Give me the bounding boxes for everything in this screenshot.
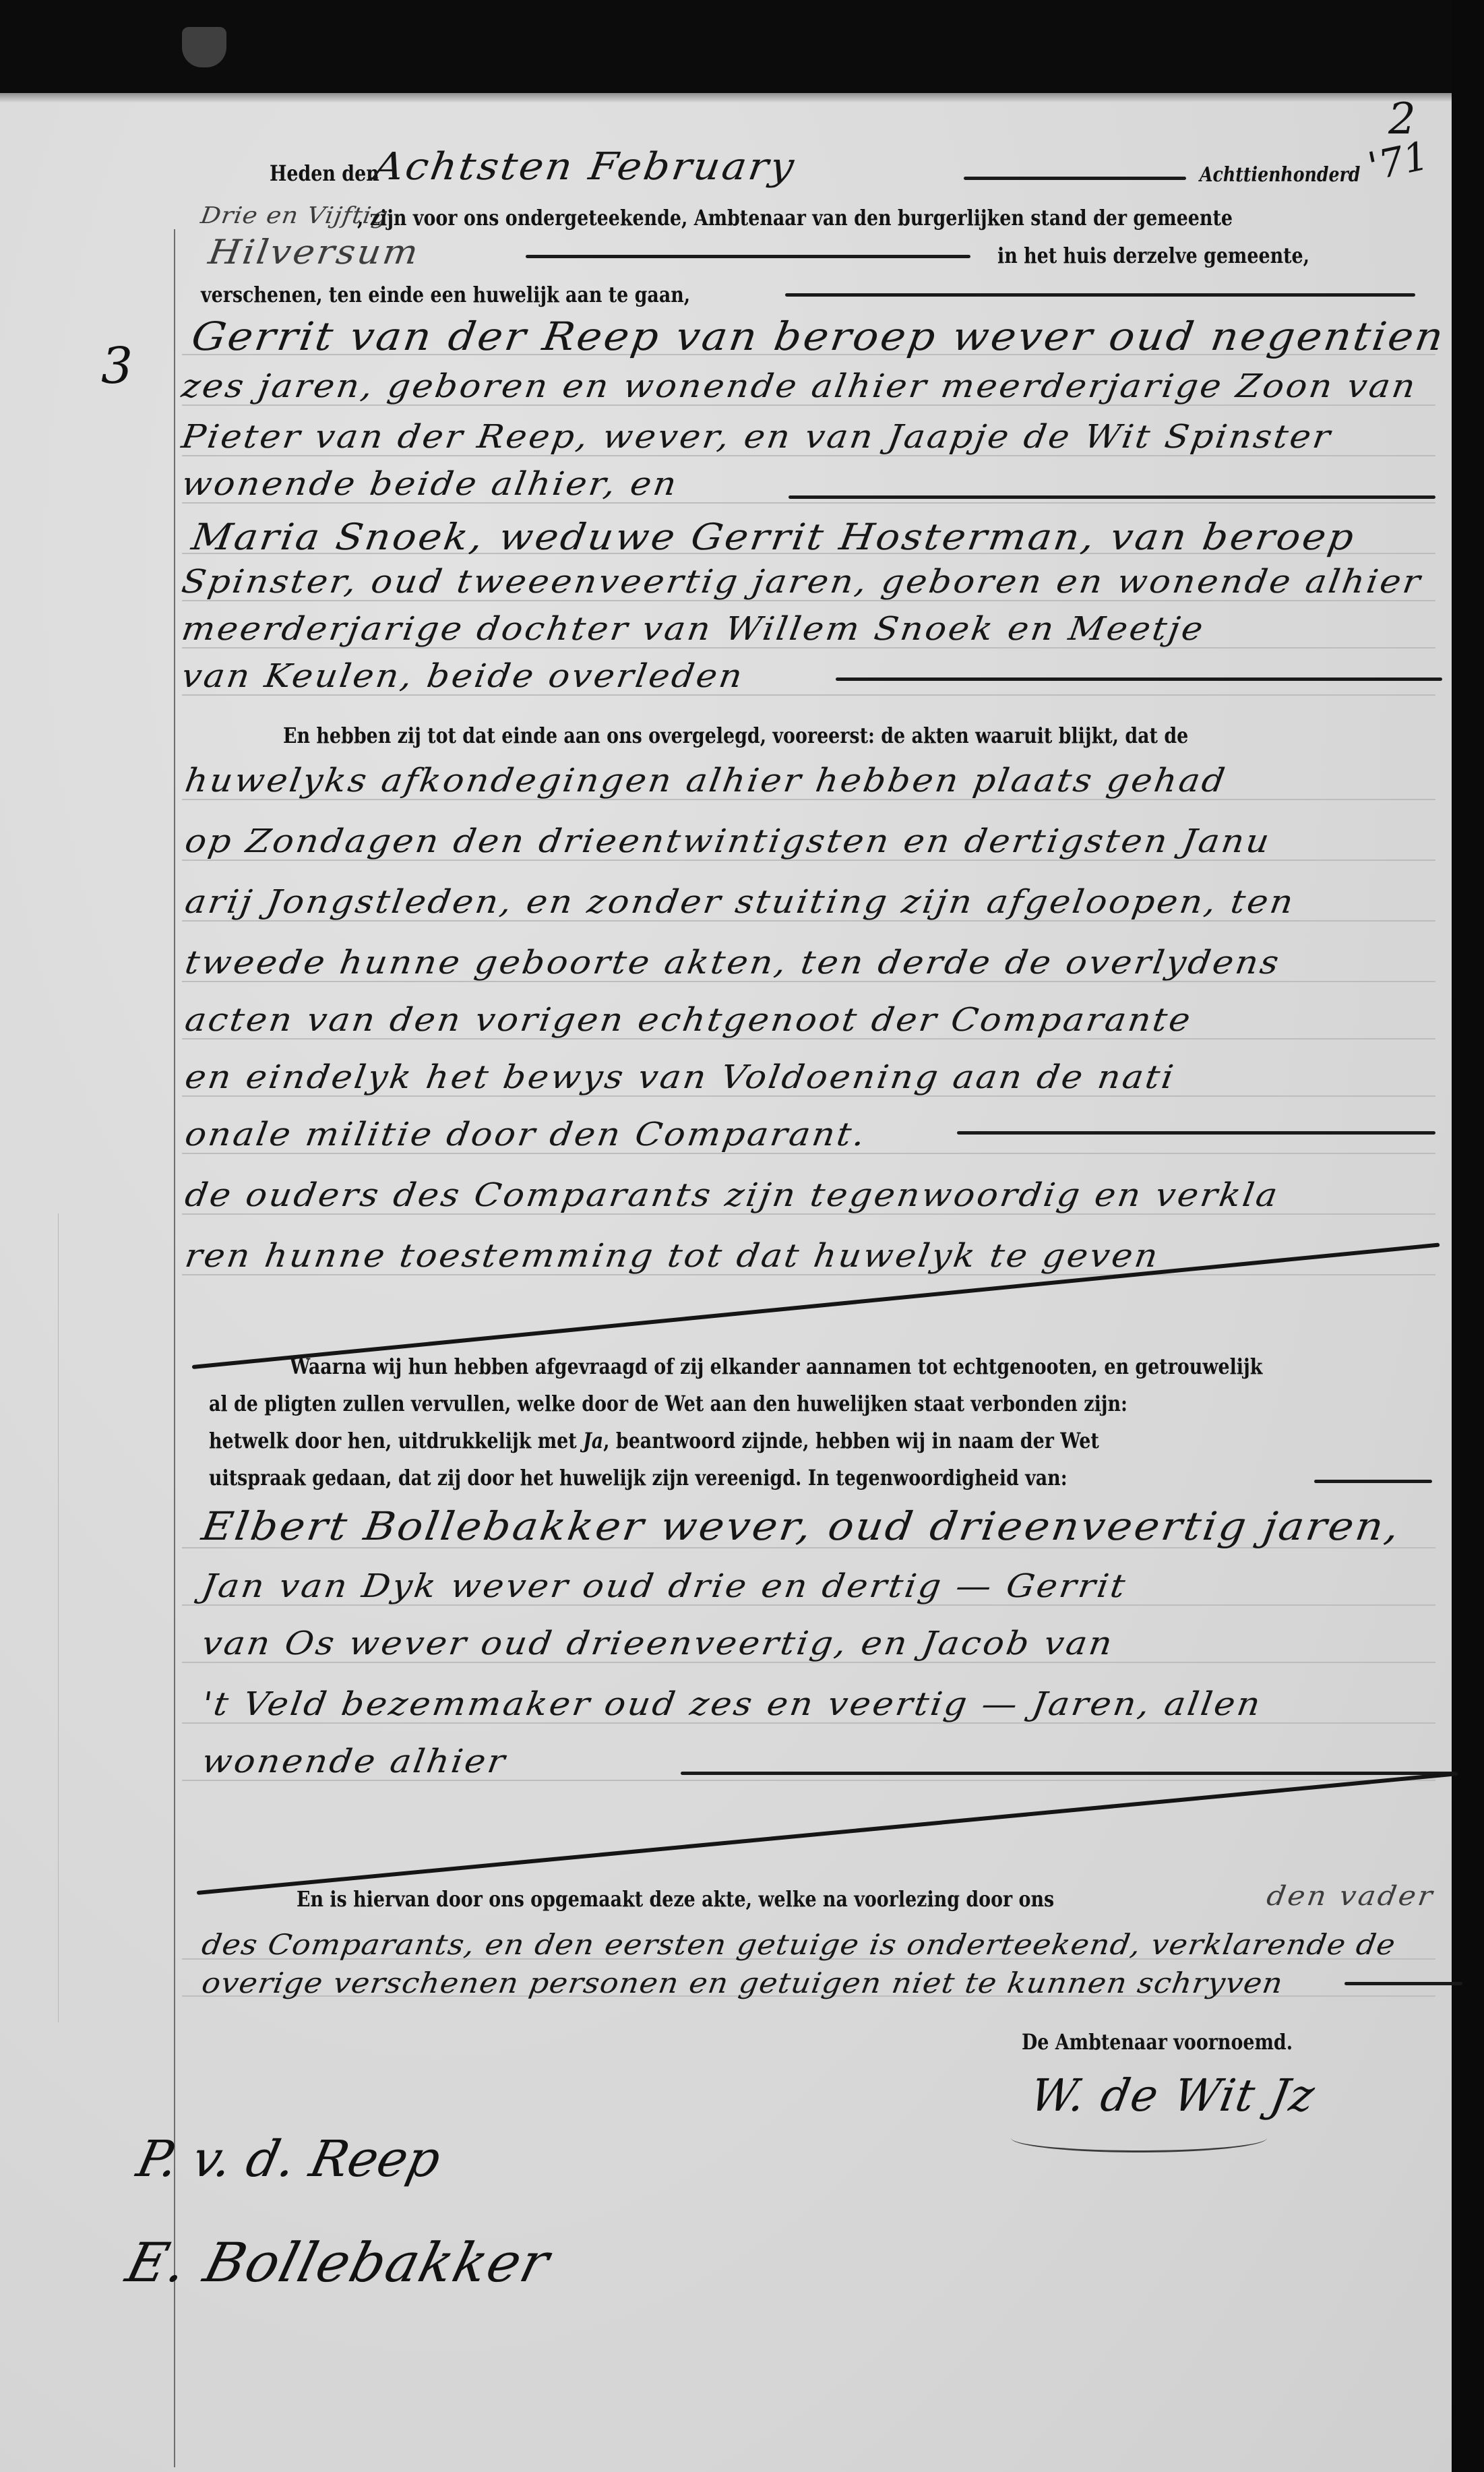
party-line: wonende beide alhier, en <box>179 465 681 503</box>
fill-line <box>526 255 970 258</box>
printed-heden-text: Heden den <box>270 160 379 186</box>
party-line: zes jaren, geboren en wonende alhier mee… <box>179 367 1420 405</box>
printed-huis-gemeente: in het huis derzelve gemeente, <box>997 243 1309 268</box>
signature-official: W. de Wit Jz <box>1026 2070 1320 2121</box>
documents-line: onale militie door den Comparant. <box>183 1116 869 1153</box>
witness-line: wonende alhier <box>199 1743 509 1780</box>
party-line: van Keulen, beide overleden <box>179 657 747 695</box>
fill-line <box>785 293 1415 297</box>
official-label: De Ambtenaar voornoemd. <box>1022 2029 1293 2055</box>
party-line: Pieter van der Reep, wever, en van Jaapj… <box>179 418 1335 456</box>
fill-line <box>836 677 1442 681</box>
printed-ceremony-line: al de pligten zullen vervullen, welke do… <box>209 1391 1127 1416</box>
party-line: meerderjarige dochter van Willem Snoek e… <box>179 610 1208 648</box>
closing-line: overige verschenen personen en getuigen … <box>199 1966 1285 1999</box>
witness-line: 't Veld bezemmaker oud zes en veertig — … <box>199 1685 1265 1723</box>
documents-line: tweede hunne geboorte akten, ten derde d… <box>183 944 1283 982</box>
faint-margin-line <box>58 1213 59 2022</box>
party-line: Gerrit van der Reep van beroep wever oud… <box>189 313 1448 359</box>
documents-line: de ouders des Comparants zijn tegenwoord… <box>183 1176 1282 1214</box>
printed-ceremony-line-3: hetwelk door hen, uitdrukkelijk met Ja, … <box>209 1428 1099 1453</box>
party-line: Spinster, oud tweeenveertig jaren, gebor… <box>179 563 1425 601</box>
witness-line: Elbert Bollebakker wever, oud drieenveer… <box>199 1503 1404 1549</box>
printed-ceremony-line: Waarna wij hun hebben afgevraagd of zij … <box>290 1354 1262 1379</box>
fill-line <box>681 1772 1456 1775</box>
printed-ceremony-text: hetwelk door hen, uitdrukkelijk met <box>209 1428 577 1453</box>
scan-border-right <box>1452 0 1484 2472</box>
witness-line: Jan van Dyk wever oud drie en dertig — G… <box>199 1567 1130 1605</box>
documents-line: ren hunne toestemming tot dat huwelyk te… <box>183 1237 1163 1275</box>
printed-century: Achttienhonderd <box>1200 163 1360 187</box>
documents-line: arij Jongstleden, en zonder stuiting zij… <box>183 883 1298 921</box>
printed-ambtenaar-line: , zijn voor ons ondergeteekende, Ambtena… <box>357 205 1233 231</box>
fill-line <box>957 1131 1435 1135</box>
printed-verschenen: verschenen, ten einde een huwelijk aan t… <box>201 282 690 307</box>
printed-ceremony-text: , beantwoord zijnde, hebben wij in naam … <box>603 1428 1099 1453</box>
party-line: Maria Snoek, weduwe Gerrit Hosterman, va… <box>189 516 1359 558</box>
signature-groom-father: P. v. d. Reep <box>132 2130 445 2188</box>
paper-top-edge <box>0 93 1452 102</box>
witness-line: van Os wever oud drieenveertig, en Jacob… <box>199 1625 1117 1662</box>
printed-ceremony-line: uitspraak gedaan, dat zij door het huwel… <box>209 1465 1068 1490</box>
fill-line <box>789 495 1435 499</box>
signature-flourish <box>1011 2123 1267 2152</box>
fill-line <box>1344 1982 1462 1985</box>
documents-line: en eindelyk het bewys van Voldoening aan… <box>183 1058 1178 1096</box>
hand-den-vader: den vader <box>1265 1881 1437 1912</box>
printed-heden-den: Heden den <box>270 160 379 186</box>
entry-number: 3 <box>101 337 133 395</box>
hand-date: Achtsten February <box>371 145 799 189</box>
documents-line: op Zondagen den drieentwintigsten en der… <box>183 822 1274 860</box>
hand-place: Hilversum <box>206 233 423 272</box>
fill-line <box>964 177 1186 180</box>
printed-documents-intro: En hebben zij tot dat einde aan ons over… <box>283 723 1188 748</box>
documents-line: huwelyks afkondegingen alhier hebben pla… <box>183 762 1230 800</box>
fill-line <box>1314 1480 1432 1483</box>
printed-closing-intro: En is hiervan door ons opgemaakt deze ak… <box>297 1886 1054 1912</box>
embossed-stamp-shadow <box>182 27 226 67</box>
documents-line: acten van den vorigen echtgenoot der Com… <box>183 1001 1195 1039</box>
signature-witness: E. Bollebakker <box>120 2231 556 2294</box>
printed-ja: Ja <box>583 1428 603 1453</box>
closing-line: des Comparants, en den eersten getuige i… <box>199 1928 1398 1961</box>
